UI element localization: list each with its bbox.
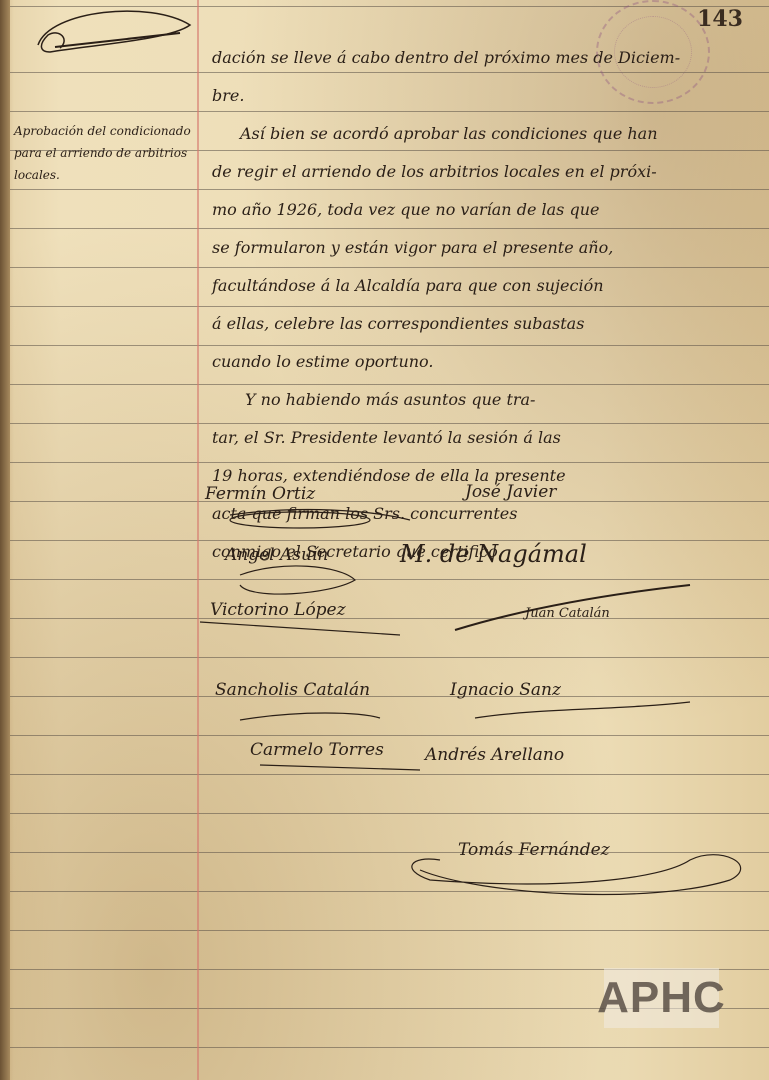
archive-watermark: APHC [604,968,719,1028]
document-page: 143 Aprobación del condicionado para el … [0,0,769,1080]
signature-flourishes-icon [0,0,769,1080]
